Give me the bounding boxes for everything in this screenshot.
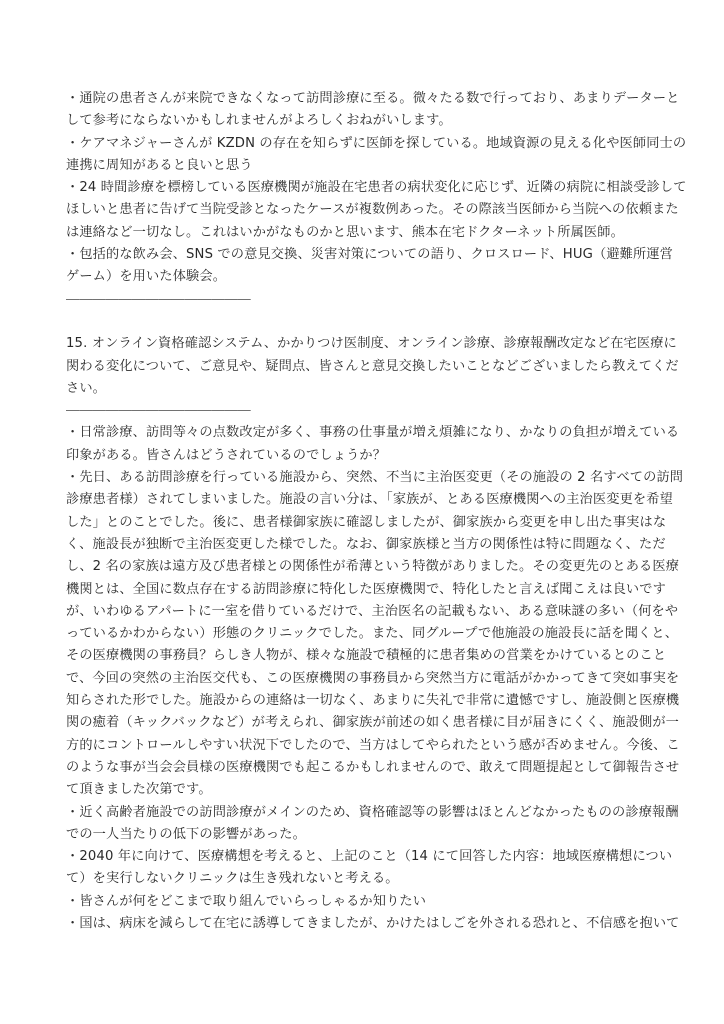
text-line: ・2040 年に向けて、医療構想を考えると、上記のこと（14 にて回答した内容：… <box>66 846 666 868</box>
document-page: ・通院の患者さんが来院できなくなって訪問診療に至る。微々たる数で行っており、あま… <box>66 88 666 935</box>
text-line: ゲーム）を用いた体験会。 <box>66 266 666 288</box>
text-line: 知らされた形でした。施設からの連絡は一切なく、あまりに失礼で非常に遺憾ですし、施… <box>66 690 666 712</box>
text-line: 連携に周知があると良いと思う <box>66 155 666 177</box>
text-line: ・包括的な飲み会、SNS での意見交換、災害対策についての語り、クロスロード、H… <box>66 244 666 266</box>
section-divider: ―――――――――――――― <box>66 400 666 422</box>
text-line: は連絡など一切なし。これはいかがなものかと思います、熊本在宅ドクターネット所属医… <box>66 222 666 244</box>
text-line: のような事が当会会員様の医療機関でも起こるかもしれませんので、敢えて問題提起とし… <box>66 757 666 779</box>
text-line: 機関とは、全国に数点存在する訪問診療に特化した医療機関で、特化したと言えば聞こえ… <box>66 579 666 601</box>
text-line: ・国は、病床を減らして在宅に誘導してきましたが、かけたはしごを外される恐れと、不… <box>66 913 666 935</box>
text-line: で、今回の突然の主治医交代も、この医療機関の事務員から突然当方に電話がかかってき… <box>66 668 666 690</box>
section-15-answers: ・日常診療、訪問等々の点数改定が多く、事務の仕事量が増え煩雑になり、かなりの負担… <box>66 422 666 935</box>
question-line: さい。 <box>66 378 666 400</box>
text-line: ・24 時間診療を標榜している医療機関が施設在宅患者の病状変化に応じず、近隣の病… <box>66 177 666 199</box>
text-line: 診療患者様）されてしまいました。施設の言い分は、「家族が、とある医療機関への主治… <box>66 489 666 511</box>
text-line: その医療機関の事務員？らしき人物が、様々な施設で積極的に患者集めの営業をかけてい… <box>66 645 666 667</box>
text-line: 方的にコントロールしやすい状況下でしたので、当方はしてやられたという感が否めませ… <box>66 735 666 757</box>
text-line: ・皆さんが何をどこまで取り組んでいらっしゃるか知りたい <box>66 891 666 913</box>
text-line: て）を実行しないクリニックは生き残れないと考える。 <box>66 868 666 890</box>
text-line: く、施設長が独断で主治医変更した様でした。なお、御家族様と当方の関係性は特に問題… <box>66 534 666 556</box>
text-line: っているかわからない）形態のクリニックでした。また、同グループで他施設の施設長に… <box>66 623 666 645</box>
text-line: ・日常診療、訪問等々の点数改定が多く、事務の仕事量が増え煩雑になり、かなりの負担… <box>66 422 666 444</box>
section-14-answers: ・通院の患者さんが来院できなくなって訪問診療に至る。微々たる数で行っており、あま… <box>66 88 666 311</box>
question-line: 関わる変化について、ご意見や、疑問点、皆さんと意見交換したいことなどございました… <box>66 356 666 378</box>
text-line: て頂きました次第です。 <box>66 779 666 801</box>
text-line: ・先日、ある訪問診療を行っている施設から、突然、不当に主治医変更（その施設の 2… <box>66 467 666 489</box>
text-line: ・近く高齢者施設での訪問診療がメインのため、資格確認等の影響はほとんどなかったも… <box>66 802 666 824</box>
text-line: ・通院の患者さんが来院できなくなって訪問診療に至る。微々たる数で行っており、あま… <box>66 88 666 110</box>
text-line: 印象がある。皆さんはどうされているのでしょうか？ <box>66 445 666 467</box>
section-divider: ―――――――――――――― <box>66 289 666 311</box>
text-line: が、いわゆるアパートに一室を借りているだけで、主治医名の記載もない、ある意味謎の… <box>66 601 666 623</box>
question-line: 15. オンライン資格確認システム、かかりつけ医制度、オンライン診療、診療報酬改… <box>66 333 666 355</box>
text-line: し、2 名の家族は遠方及び患者様との関係性が希薄という特徴がありました。その変更… <box>66 556 666 578</box>
text-line: での一人当たりの低下の影響があった。 <box>66 824 666 846</box>
section-15-question: 15. オンライン資格確認システム、かかりつけ医制度、オンライン診療、診療報酬改… <box>66 333 666 422</box>
text-line: ・ケアマネジャーさんが KZDN の存在を知らずに医師を探している。地域資源の見… <box>66 133 666 155</box>
text-line: して参考にならないかもしれませんがよろしくおねがいします。 <box>66 110 666 132</box>
blank-line <box>66 311 666 333</box>
text-line: した」とのことでした。後に、患者様御家族に確認しましたが、御家族から変更を申し出… <box>66 512 666 534</box>
text-line: ほしいと患者に告げて当院受診となったケースが複数例あった。その際該当医師から当院… <box>66 199 666 221</box>
text-line: 関の癒着（キックバックなど）が考えられ、御家族が前述の如く患者様に目が届きにくく… <box>66 712 666 734</box>
